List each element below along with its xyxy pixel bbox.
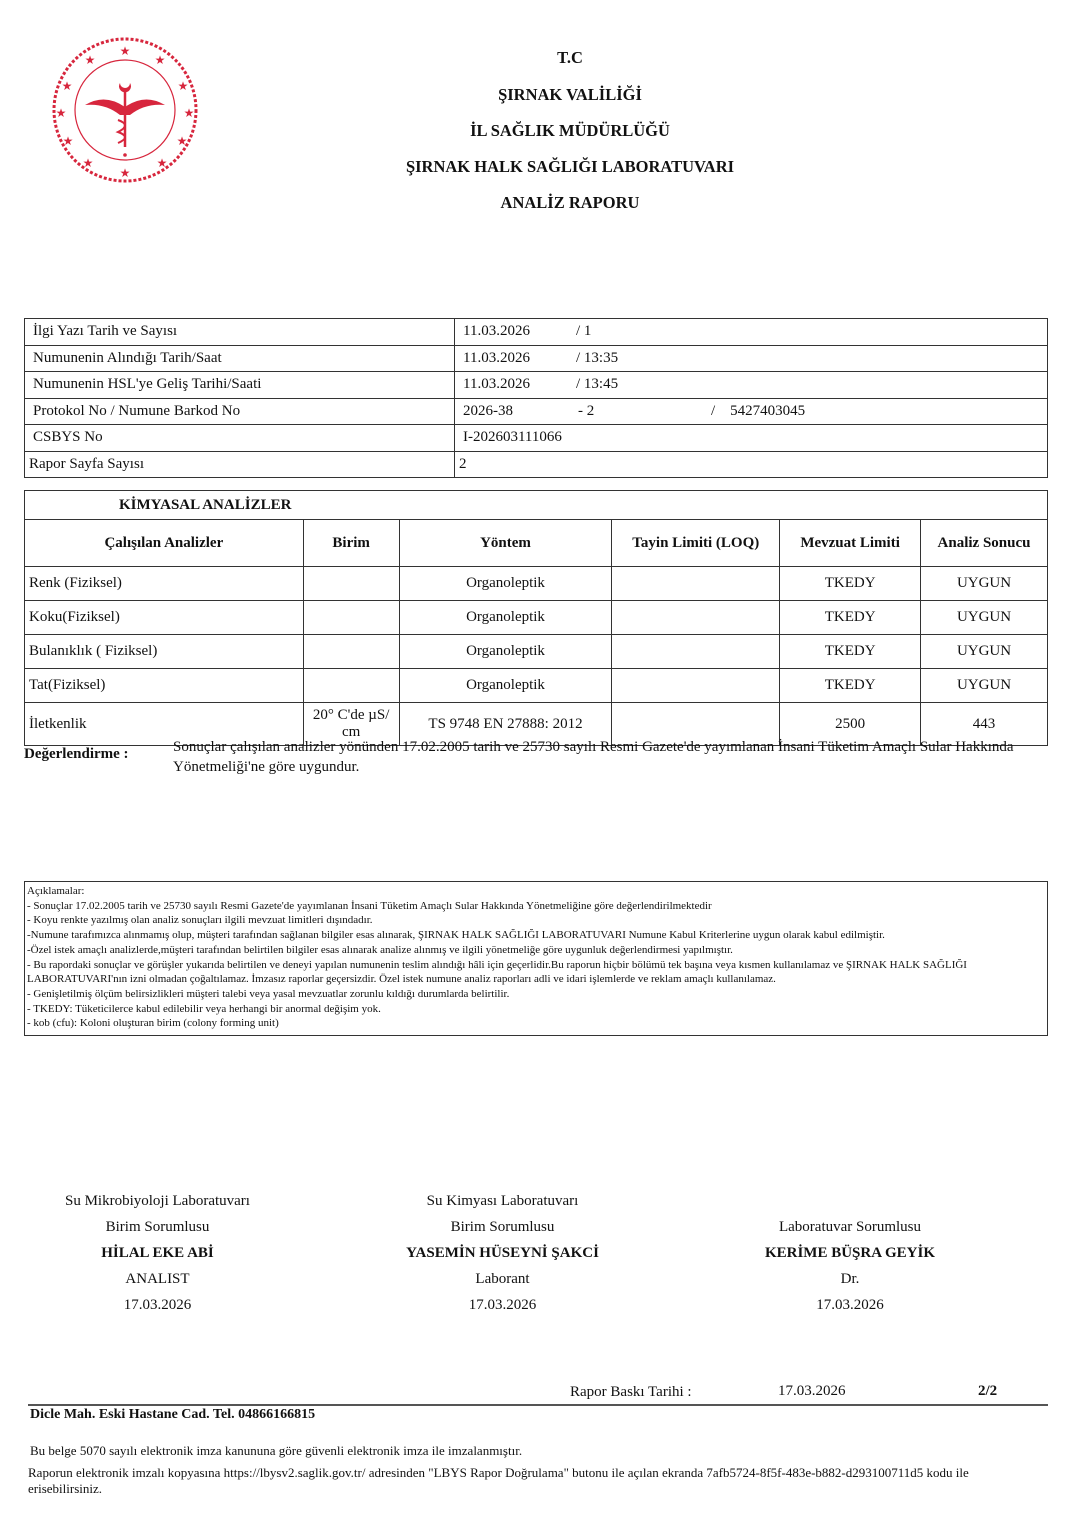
signature-date: 17.03.2026: [370, 1297, 635, 1323]
footer-divider: [28, 1404, 1048, 1406]
ministry-of-health-logo: ★ ★ ★ ★ ★ ★ ★ ★ ★ ★ ★ ★: [50, 35, 200, 185]
table-cell: [612, 601, 780, 635]
chemical-analysis-table: KİMYASAL ANALİZLER Çalışılan AnalizlerBi…: [24, 490, 1048, 746]
info-value: 11.03.2026 / 1: [455, 319, 1048, 346]
table-cell: TKEDY: [780, 635, 921, 669]
header-directorate: İL SAĞLIK MÜDÜRLÜĞÜ: [300, 121, 840, 141]
explanation-item: - TKEDY: Tüketicilerce kabul edilebilir …: [27, 1002, 1045, 1017]
table-cell: Bulanıklık ( Fiziksel): [25, 635, 304, 669]
svg-text:★: ★: [120, 166, 131, 180]
column-header: Tayin Limiti (LOQ): [612, 520, 780, 567]
table-cell: Organoleptik: [399, 635, 612, 669]
table-cell: UYGUN: [921, 635, 1048, 669]
table-row: Koku(Fiziksel)OrganoleptikTKEDYUYGUN: [25, 601, 1048, 635]
table-row: Bulanıklık ( Fiziksel)OrganoleptikTKEDYU…: [25, 635, 1048, 669]
verification-notice: Raporun elektronik imzalı kopyasına http…: [28, 1465, 1038, 1497]
table-cell: Tat(Fiziksel): [25, 669, 304, 703]
info-value-2: / 13:45: [576, 376, 709, 393]
column-header: Çalışılan Analizler: [25, 520, 304, 567]
svg-text:★: ★: [120, 44, 131, 58]
signature-title: Dr.: [730, 1271, 970, 1297]
table-cell: UYGUN: [921, 601, 1048, 635]
table-cell: [612, 567, 780, 601]
table-cell: [303, 567, 399, 601]
info-value-1: 2: [459, 456, 572, 473]
table-cell: [612, 669, 780, 703]
signature-lab: Su Mikrobiyoloji Laboratuvarı: [40, 1193, 275, 1219]
info-value: 2026-38 - 2 / 5427403045: [455, 398, 1048, 425]
svg-text:★: ★: [157, 156, 168, 170]
info-label: CSBYS No: [25, 425, 455, 452]
svg-text:★: ★: [62, 79, 73, 93]
info-value-2: - 2: [578, 403, 711, 420]
table-cell: Renk (Fiziksel): [25, 567, 304, 601]
explanation-item: - Genişletilmiş ölçüm belirsizlikleri mü…: [27, 987, 1045, 1002]
info-row: İlgi Yazı Tarih ve Sayısı 11.03.2026 / 1: [25, 319, 1048, 346]
header-tc: T.C: [300, 48, 840, 68]
explanation-item: - kob (cfu): Koloni oluşturan birim (col…: [27, 1016, 1045, 1031]
info-value-1: 2026-38: [463, 403, 578, 420]
info-row: Numunenin HSL'ye Geliş Tarihi/Saati 11.0…: [25, 372, 1048, 399]
signature-role: Laboratuvar Sorumlusu: [730, 1219, 970, 1245]
info-label: Rapor Sayfa Sayısı: [25, 451, 455, 478]
info-value: 11.03.2026 / 13:45: [455, 372, 1048, 399]
info-label: Numunenin HSL'ye Geliş Tarihi/Saati: [25, 372, 455, 399]
table-cell: Organoleptik: [399, 601, 612, 635]
table-cell: TKEDY: [780, 601, 921, 635]
column-header: Yöntem: [399, 520, 612, 567]
info-row: Numunenin Alındığı Tarih/Saat 11.03.2026…: [25, 345, 1048, 372]
info-value-2: [572, 456, 705, 473]
table-cell: [303, 635, 399, 669]
table-cell: Organoleptik: [399, 567, 612, 601]
explanations-box: Açıklamalar:- Sonuçlar 17.02.2005 tarih …: [24, 881, 1048, 1036]
svg-text:★: ★: [178, 79, 189, 93]
table-cell: [612, 635, 780, 669]
info-row: CSBYS No I-202603111066: [25, 425, 1048, 452]
table-row: Renk (Fiziksel)OrganoleptikTKEDYUYGUN: [25, 567, 1048, 601]
signature-name: HİLAL EKE ABİ: [40, 1245, 275, 1271]
signature-chemistry: Su Kimyası Laboratuvarı Birim Sorumlusu …: [370, 1193, 635, 1323]
table-cell: TKEDY: [780, 567, 921, 601]
signature-role: Birim Sorumlusu: [40, 1219, 275, 1245]
info-label: Numunenin Alındığı Tarih/Saat: [25, 345, 455, 372]
info-value-1: 11.03.2026: [463, 323, 576, 340]
svg-text:★: ★: [184, 106, 195, 120]
explanation-item: -Numune tarafımızca alınmamış olup, müşt…: [27, 928, 1045, 943]
info-label: Protokol No / Numune Barkod No: [25, 398, 455, 425]
report-title: ANALİZ RAPORU: [300, 193, 840, 213]
signature-title: ANALIST: [40, 1271, 275, 1297]
explanations-title: Açıklamalar:: [27, 884, 1045, 899]
page-number: 2/2: [978, 1383, 997, 1400]
table-cell: Koku(Fiziksel): [25, 601, 304, 635]
info-value-1: 11.03.2026: [463, 376, 576, 393]
table-cell: TKEDY: [780, 669, 921, 703]
signature-name: YASEMİN HÜSEYNİ ŞAKCİ: [370, 1245, 635, 1271]
table-cell: UYGUN: [921, 567, 1048, 601]
signature-title: Laborant: [370, 1271, 635, 1297]
info-row: Protokol No / Numune Barkod No 2026-38 -…: [25, 398, 1048, 425]
info-value: I-202603111066: [455, 425, 1048, 452]
info-value-1: 11.03.2026: [463, 350, 576, 367]
print-date: 17.03.2026: [778, 1383, 846, 1400]
signature-microbiology: Su Mikrobiyoloji Laboratuvarı Birim Soru…: [40, 1193, 275, 1323]
info-row: Rapor Sayfa Sayısı 2: [25, 451, 1048, 478]
explanation-item: -Özel istek amaçlı analizlerde,müşteri t…: [27, 943, 1045, 958]
svg-text:★: ★: [83, 156, 94, 170]
report-header: T.C ŞIRNAK VALİLİĞİ İL SAĞLIK MÜDÜRLÜĞÜ …: [300, 0, 840, 220]
signature-lab: Su Kimyası Laboratuvarı: [370, 1193, 635, 1219]
signature-date: 17.03.2026: [40, 1297, 275, 1323]
column-header: Birim: [303, 520, 399, 567]
info-value: 11.03.2026 / 13:35: [455, 345, 1048, 372]
signature-date: 17.03.2026: [730, 1297, 970, 1323]
chem-table-title: KİMYASAL ANALİZLER: [25, 491, 1048, 520]
print-date-label: Rapor Baskı Tarihi :: [570, 1384, 692, 1401]
svg-text:★: ★: [177, 134, 188, 148]
svg-text:★: ★: [85, 53, 96, 67]
explanation-item: - Bu rapordaki sonuçlar ve görüşler yuka…: [27, 958, 1045, 987]
evaluation-text: Sonuçlar çalışılan analizler yönünden 17…: [173, 737, 1043, 777]
signature-name: KERİME BÜŞRA GEYİK: [730, 1245, 970, 1271]
e-signature-notice: Bu belge 5070 sayılı elektronik imza kan…: [30, 1443, 522, 1459]
lab-address: Dicle Mah. Eski Hastane Cad. Tel. 048661…: [30, 1407, 315, 1423]
explanation-item: - Sonuçlar 17.02.2005 tarih ve 25730 say…: [27, 899, 1045, 914]
table-cell: Organoleptik: [399, 669, 612, 703]
explanation-item: - Koyu renkte yazılmış olan analiz sonuç…: [27, 913, 1045, 928]
signature-lab-head: Laboratuvar Sorumlusu KERİME BÜŞRA GEYİK…: [730, 1219, 970, 1323]
info-value-3: / 5427403045: [711, 403, 805, 420]
info-value-2: [576, 429, 709, 446]
info-value: 2: [455, 451, 1048, 478]
svg-text:★: ★: [56, 106, 67, 120]
info-value-2: / 13:35: [576, 350, 709, 367]
svg-text:★: ★: [63, 134, 74, 148]
table-cell: UYGUN: [921, 669, 1048, 703]
table-cell: [303, 601, 399, 635]
svg-text:★: ★: [155, 53, 166, 67]
info-value-1: I-202603111066: [463, 429, 576, 446]
header-laboratory: ŞIRNAK HALK SAĞLIĞI LABORATUVARI: [300, 157, 840, 177]
signature-role: Birim Sorumlusu: [370, 1219, 635, 1245]
info-value-2: / 1: [576, 323, 709, 340]
table-cell: [303, 669, 399, 703]
sample-info-table: İlgi Yazı Tarih ve Sayısı 11.03.2026 / 1…: [24, 318, 1048, 478]
column-header: Analiz Sonucu: [921, 520, 1048, 567]
header-governorship: ŞIRNAK VALİLİĞİ: [300, 85, 840, 105]
info-label: İlgi Yazı Tarih ve Sayısı: [25, 319, 455, 346]
column-header: Mevzuat Limiti: [780, 520, 921, 567]
evaluation-label: Değerlendirme :: [24, 746, 129, 763]
table-row: Tat(Fiziksel)OrganoleptikTKEDYUYGUN: [25, 669, 1048, 703]
